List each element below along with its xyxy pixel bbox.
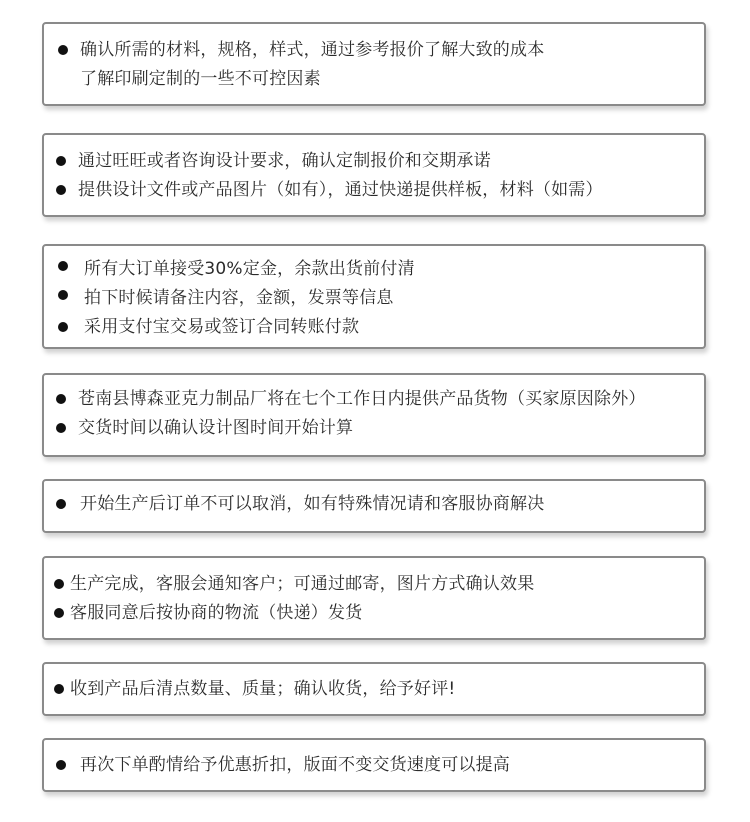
- bullet-icon: [58, 45, 68, 55]
- step-box-3: 所有大订单接受30%定金，余款出货前付清 拍下时候请备注内容，金额，发票等信息 …: [42, 244, 706, 349]
- bullet-icon: [58, 322, 68, 332]
- step-3-text-3: 采用支付宝交易或签订合同转账付款: [84, 316, 359, 338]
- step-box-4: 苍南县博森亚克力制品厂将在七个工作日内提供产品货物（买家原因除外） 交货时间以确…: [42, 373, 706, 457]
- step-1-line-2: 了解印刷定制的一些不可控因素: [44, 68, 704, 90]
- step-1-text-1: 确认所需的材料，规格，样式，通过参考报价了解大致的成本: [80, 39, 544, 61]
- bullet-icon: [56, 156, 66, 166]
- step-2-text-2: 提供设计文件或产品图片（如有），通过快递提供样板，材料（如需）: [78, 179, 603, 201]
- bullet-icon: [56, 423, 66, 433]
- step-6-text-1: 生产完成，客服会通知客户；可通过邮寄，图片方式确认效果: [70, 573, 534, 595]
- step-3-line-2: 拍下时候请备注内容，金额，发票等信息: [44, 287, 704, 309]
- step-8-line-1: 再次下单酌情给予优惠折扣，版面不变交货速度可以提高: [44, 754, 704, 776]
- step-1-text-2: 了解印刷定制的一些不可控因素: [80, 68, 321, 90]
- step-box-8: 再次下单酌情给予优惠折扣，版面不变交货速度可以提高: [42, 738, 706, 792]
- step-3-line-1: 所有大订单接受30%定金，余款出货前付清: [44, 258, 704, 280]
- step-4-text-1: 苍南县博森亚克力制品厂将在七个工作日内提供产品货物（买家原因除外）: [78, 388, 646, 410]
- step-3-text-2: 拍下时候请备注内容，金额，发票等信息: [84, 287, 394, 309]
- bullet-icon: [54, 579, 64, 589]
- step-box-7: 收到产品后清点数量、质量；确认收货，给予好评!: [42, 662, 706, 716]
- step-5-text-1: 开始生产后订单不可以取消，如有特殊情况请和客服协商解决: [80, 493, 544, 515]
- step-3-line-3: 采用支付宝交易或签订合同转账付款: [44, 316, 704, 338]
- step-5-line-1: 开始生产后订单不可以取消，如有特殊情况请和客服协商解决: [44, 493, 704, 515]
- bullet-icon: [54, 684, 64, 694]
- step-8-text-1: 再次下单酌情给予优惠折扣，版面不变交货速度可以提高: [80, 754, 510, 776]
- bullet-icon: [54, 608, 64, 618]
- bullet-icon: [58, 290, 68, 300]
- step-7-text-1: 收到产品后清点数量、质量；确认收货，给予好评!: [70, 678, 455, 700]
- bullet-icon: [56, 760, 66, 770]
- step-3-text-1: 所有大订单接受30%定金，余款出货前付清: [84, 258, 415, 280]
- step-box-6: 生产完成，客服会通知客户；可通过邮寄，图片方式确认效果 客服同意后按协商的物流（…: [42, 556, 706, 640]
- step-4-line-1: 苍南县博森亚克力制品厂将在七个工作日内提供产品货物（买家原因除外）: [44, 388, 704, 410]
- step-2-line-2: 提供设计文件或产品图片（如有），通过快递提供样板，材料（如需）: [44, 179, 704, 201]
- step-6-text-2: 客服同意后按协商的物流（快递）发货: [70, 602, 362, 624]
- step-box-5: 开始生产后订单不可以取消，如有特殊情况请和客服协商解决: [42, 479, 706, 533]
- bullet-icon: [56, 499, 66, 509]
- step-2-text-1: 通过旺旺或者咨询设计要求，确认定制报价和交期承诺: [78, 150, 491, 172]
- step-6-line-2: 客服同意后按协商的物流（快递）发货: [44, 602, 704, 624]
- step-4-line-2: 交货时间以确认设计图时间开始计算: [44, 417, 704, 439]
- step-box-2: 通过旺旺或者咨询设计要求，确认定制报价和交期承诺 提供设计文件或产品图片（如有）…: [42, 133, 706, 217]
- step-7-line-1: 收到产品后清点数量、质量；确认收货，给予好评!: [44, 678, 704, 700]
- bullet-icon: [56, 394, 66, 404]
- step-2-line-1: 通过旺旺或者咨询设计要求，确认定制报价和交期承诺: [44, 150, 704, 172]
- bullet-icon: [58, 261, 68, 271]
- step-4-text-2: 交货时间以确认设计图时间开始计算: [78, 417, 353, 439]
- step-box-1: 确认所需的材料，规格，样式，通过参考报价了解大致的成本 了解印刷定制的一些不可控…: [42, 22, 706, 106]
- bullet-icon: [56, 185, 66, 195]
- step-6-line-1: 生产完成，客服会通知客户；可通过邮寄，图片方式确认效果: [44, 573, 704, 595]
- step-1-line-1: 确认所需的材料，规格，样式，通过参考报价了解大致的成本: [44, 39, 704, 61]
